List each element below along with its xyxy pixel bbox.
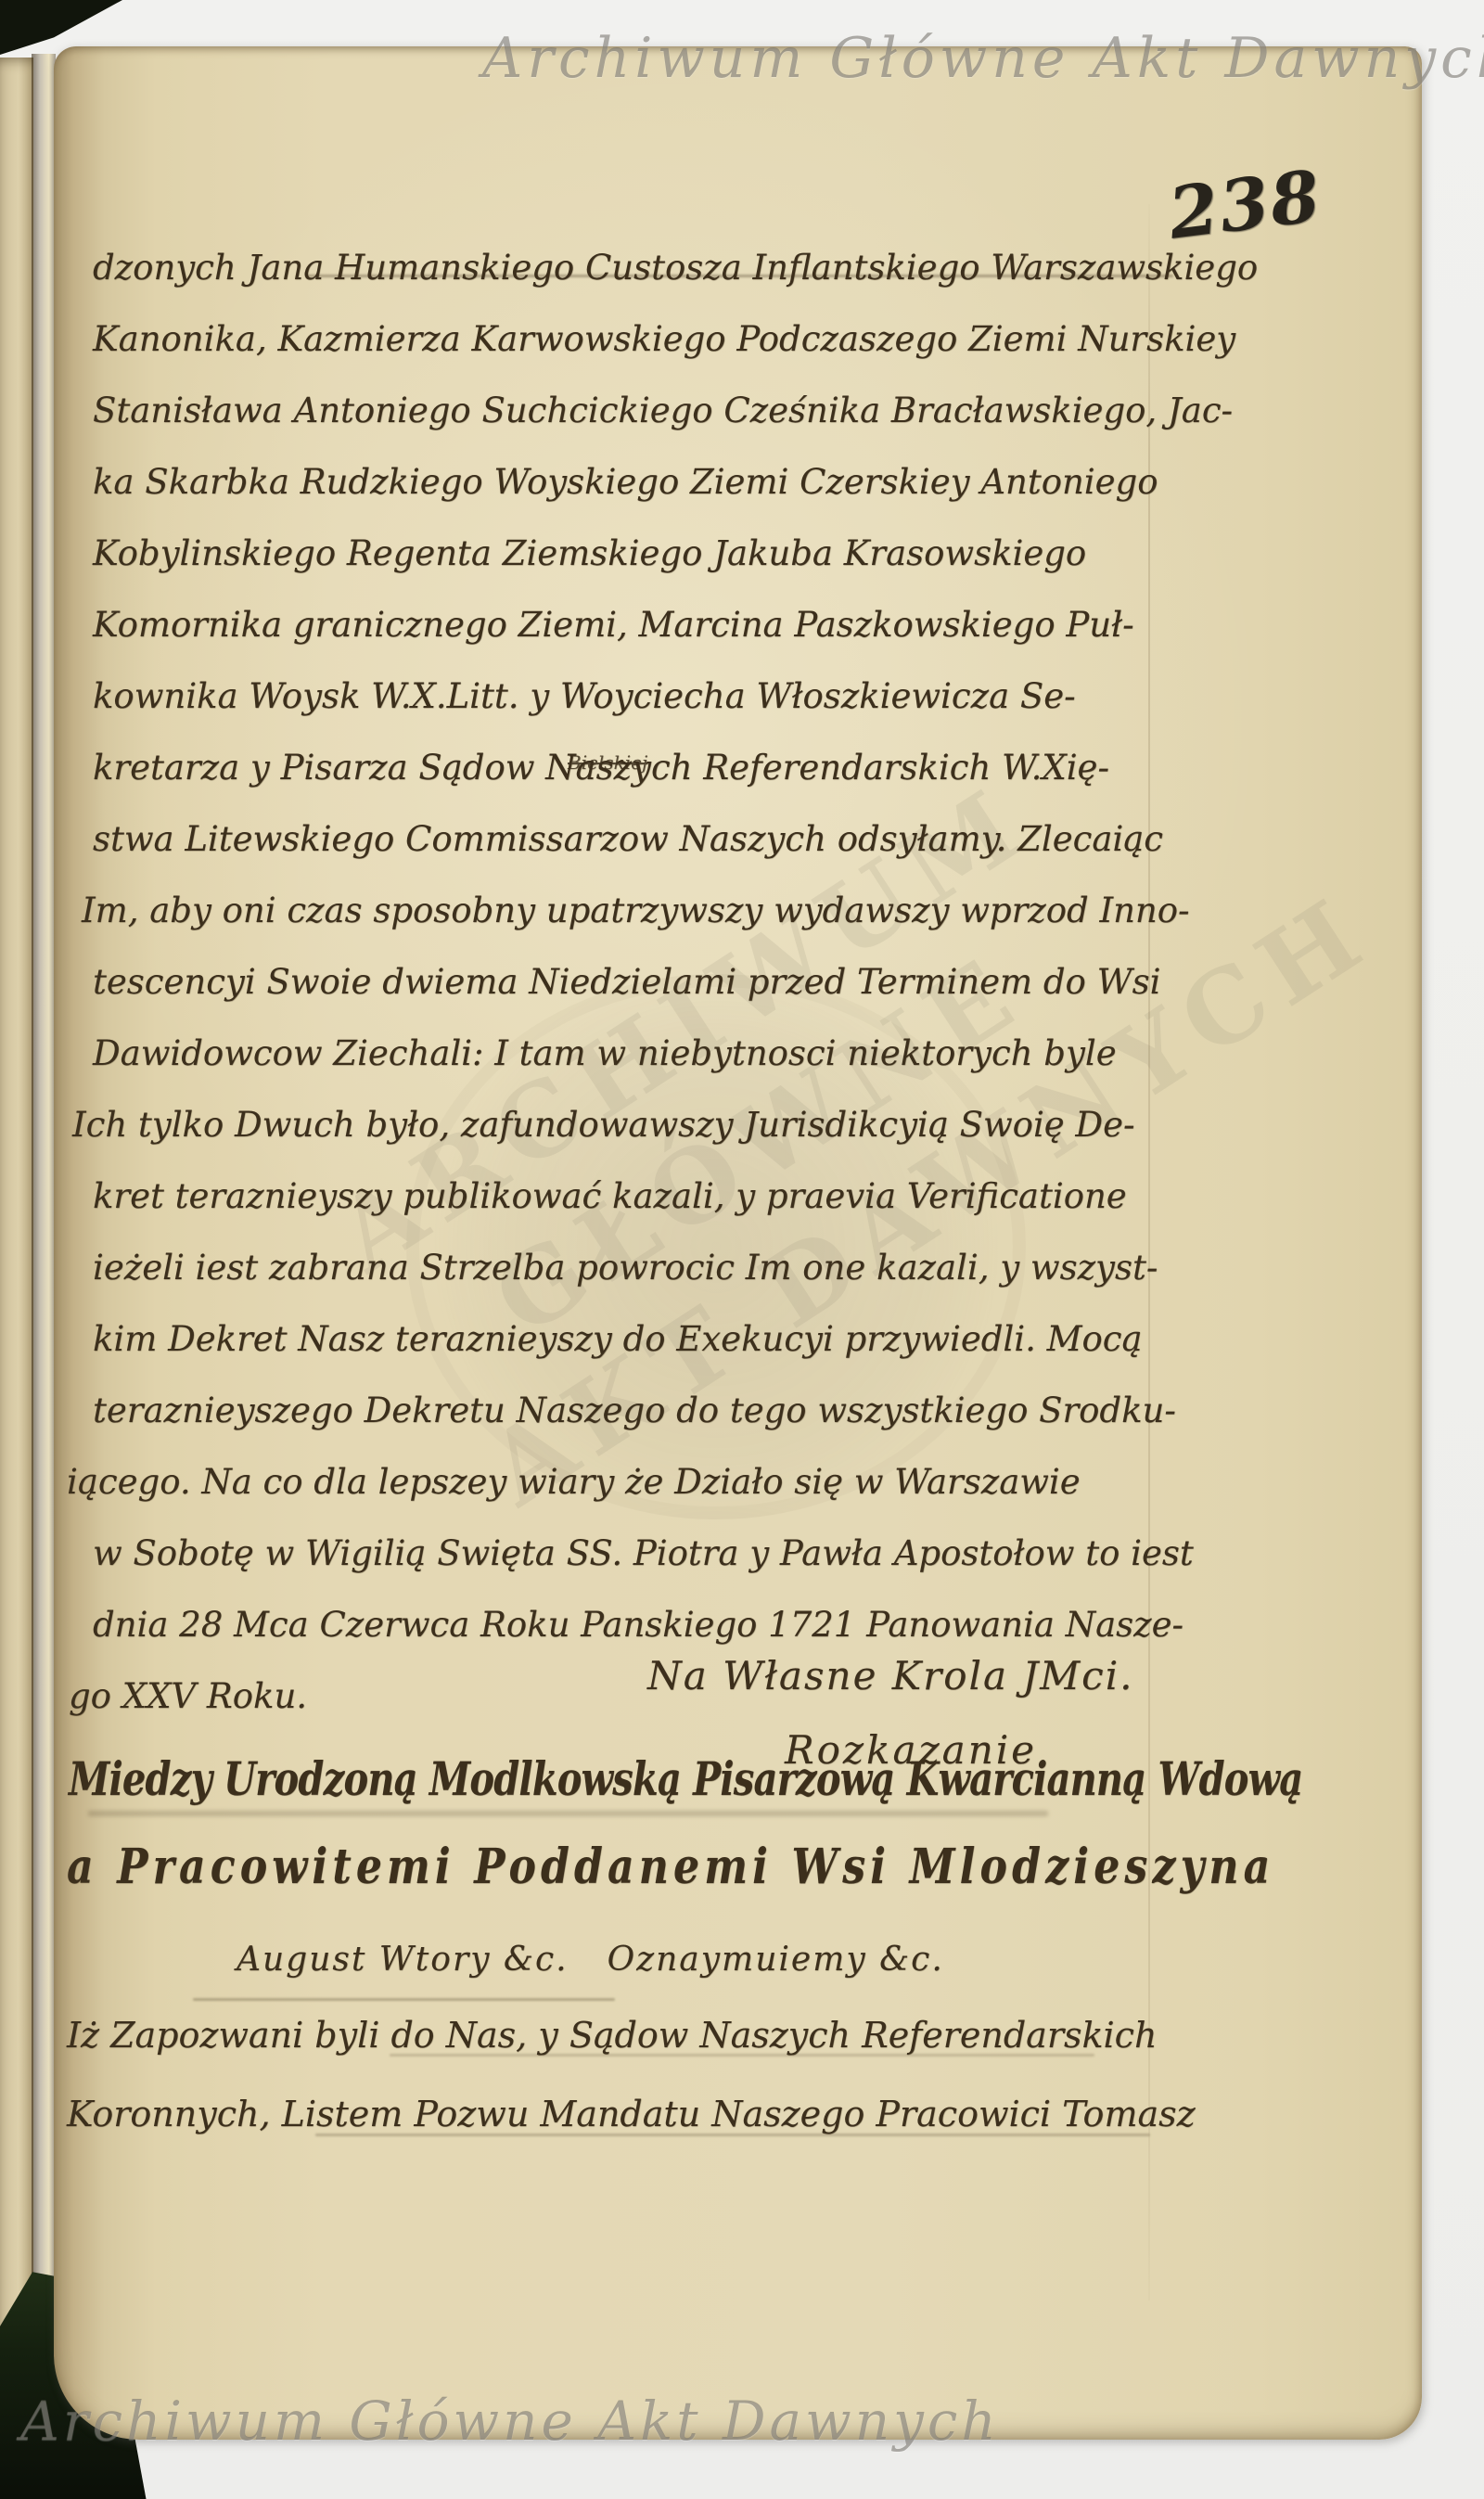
ink-streak (306, 275, 1173, 277)
underline-streak (193, 1998, 615, 2001)
manuscript-line: stwa Litewskiego Commissarzow Naszych od… (93, 803, 1159, 875)
archive-watermark-bottom: Archiwum Główne Akt Dawnych (20, 2390, 1000, 2453)
manuscript-line: w Sobotę w Wigilią Swięta SS. Piotra y P… (93, 1518, 1159, 1589)
case-heading-line2: a Pracowitemi Poddanemi Wsi Mlodzieszyna (67, 1839, 1274, 1895)
ink-streak (315, 2134, 1150, 2136)
ink-smear (88, 1811, 1048, 1816)
book-gutter-shadow (32, 54, 56, 2401)
previous-page-edge (0, 58, 33, 2349)
manuscript-line: Koronnych, Listem Pozwu Mandatu Naszego … (67, 2075, 1143, 2154)
manuscript-line: ka Skarbka Rudzkiego Woyskiego Ziemi Cze… (93, 446, 1159, 518)
manuscript-line: kim Dekret Nasz teraznieyszy do Exekucyi… (93, 1303, 1159, 1375)
case-heading-line1: Miedzy Urodzoną Modlkowską Pisarzową Kwa… (69, 1751, 1302, 1806)
archive-watermark-top: Archiwum Główne Akt Dawnych (482, 26, 1484, 91)
manuscript-line: Kobylinskiego Regenta Ziemskiego Jakuba … (93, 518, 1159, 589)
manuscript-line: kownika Woysk W.X.Litt. y Woyciecha Włos… (93, 660, 1159, 732)
manuscript-page: ARCHIWUM GŁÓWNE AKT DAWNYCH 238 dzonych … (54, 46, 1422, 2440)
manuscript-line: Stanisława Antoniego Suchcickiego Cześni… (93, 375, 1159, 446)
manuscript-line: tescencyi Swoie dwiema Niedzielami przed… (93, 946, 1159, 1018)
page-number: 238 (1164, 154, 1325, 254)
manuscript-line: teraznieyszego Dekretu Naszego do tego w… (93, 1375, 1159, 1446)
interlinear-insertion: Bielskiej (568, 751, 647, 774)
manuscript-line: Kanonika, Kazmierza Karwowskiego Podczas… (93, 303, 1159, 375)
manuscript-line: Im, aby oni czas sposobny upatrzywszy wy… (82, 875, 1159, 946)
ink-streak (390, 2054, 1094, 2057)
manuscript-line: dnia 28 Mca Czerwca Roku Panskiego 1721 … (93, 1589, 1159, 1660)
royal-formula-line: August Wtory &c.Oznaymuiemy &c. (237, 1941, 944, 1979)
manuscript-line: kret teraznieyszy publikować kazali, y p… (93, 1160, 1159, 1232)
manuscript-line: ieżeli iest zabrana Strzelba powrocic Im… (93, 1232, 1159, 1303)
scanned-document: ARCHIWUM GŁÓWNE AKT DAWNYCH 238 dzonych … (0, 0, 1484, 2499)
manuscript-line: Dawidowcow Ziechali: I tam w niebytnosci… (93, 1018, 1159, 1089)
manuscript-line: Ich tylko Dwuch było, zafundowawszy Juri… (72, 1089, 1159, 1160)
manuscript-body-second: Iż Zapozwani byli do Nas, y Sądow Naszyc… (67, 1996, 1143, 2154)
manuscript-body-first: dzonych Jana Humanskiego Custosza Inflan… (93, 232, 1159, 1732)
manuscript-line: dzonych Jana Humanskiego Custosza Inflan… (93, 232, 1159, 303)
royal-formula-left: August Wtory &c. (237, 1941, 569, 1979)
manuscript-line: Iż Zapozwani byli do Nas, y Sądow Naszyc… (67, 1996, 1143, 2075)
royal-attestation-line1: Na Własne Krola JMci. (647, 1653, 1134, 1698)
manuscript-line: Komornika granicznego Ziemi, Marcina Pas… (93, 589, 1159, 660)
manuscript-line: iącego. Na co dla lepszey wiary że Dział… (67, 1446, 1159, 1518)
royal-formula-right: Oznaymuiemy &c. (608, 1941, 944, 1979)
